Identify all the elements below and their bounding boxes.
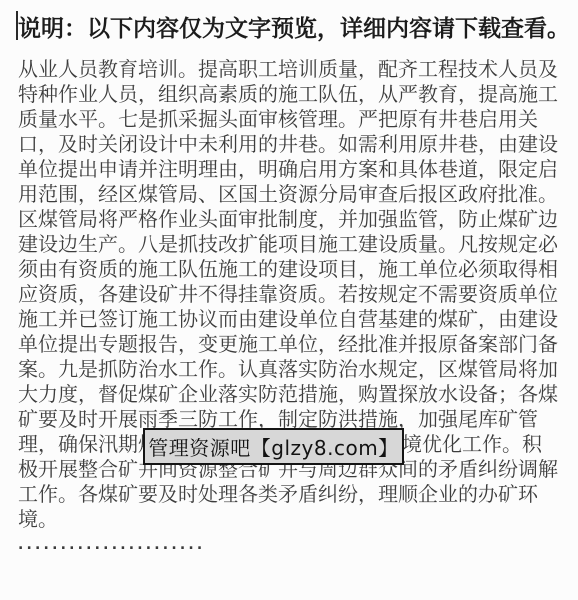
text-line-left-fragment: 理，确保汛期煤 <box>18 432 158 456</box>
text-line: 单位提出申请并注明理由，明确启用方案和具体巷道，限定启 <box>18 157 578 182</box>
text-line: 大力度，督促煤矿企业落实防范措施，购置探放水设备；各煤 <box>18 382 578 407</box>
text-line: 质量水平。七是抓采掘头面审核管理。严把原有井巷启用关 <box>18 107 578 132</box>
text-line: 应资质，各建设矿井不得挂靠资质。若按规定不需要资质单位 <box>18 282 578 307</box>
text-line: 境。 <box>18 507 578 532</box>
preview-notice: 说明：以下内容仅为文字预览，详细内容请下载查看。 <box>18 10 570 43</box>
text-line: 用范围，经区煤管局、区国土资源分局审查后报区政府批准。 <box>18 182 578 207</box>
text-line: 口，及时关闭设计中未利用的井巷。如需利用原井巷，由建设 <box>18 132 578 157</box>
watermark-badge: 管理资源吧【glzy8.com】 <box>143 428 404 465</box>
text-line: 特种作业人员，组织高素质的施工队伍，从严教育，提高施工 <box>18 82 578 107</box>
text-line: 工作。各煤矿要及时处理各类矛盾纠纷，理顺企业的办矿环 <box>18 482 578 507</box>
ellipsis-row: ...................... <box>18 534 578 556</box>
text-line: 施工并已签订施工协议而由建设单位自营基建的煤矿，由建设 <box>18 307 578 332</box>
text-line: 单位提出专题报告，变更施工单位，经批准并报原备案部门备 <box>18 332 578 357</box>
document-textarea[interactable]: 从业人员教育培训。提高职工培训质量，配齐工程技术人员及 特种作业人员，组织高素质… <box>18 57 578 556</box>
text-line: 案。九是抓防治水工作。认真落实防治水规定，区煤管局将加 <box>18 357 578 382</box>
text-line: 从业人员教育培训。提高职工培训质量，配齐工程技术人员及 <box>18 57 578 82</box>
text-line-right-fragment: 境优化工作。积 <box>402 432 542 457</box>
text-line: 建设边生产。八是抓技改扩能项目施工建设质量。凡按规定必 <box>18 232 578 257</box>
text-line: 须由有资质的施工队伍施工的建设项目，施工单位必须取得相 <box>18 257 578 282</box>
preview-page: 说明：以下内容仅为文字预览，详细内容请下载查看。 从业人员教育培训。提高职工培训… <box>0 0 578 600</box>
watermark-label: 管理资源吧【glzy8.com】 <box>148 432 398 461</box>
text-line: 区煤管局将严格作业头面审批制度，并加强监管，防止煤矿边 <box>18 207 578 232</box>
